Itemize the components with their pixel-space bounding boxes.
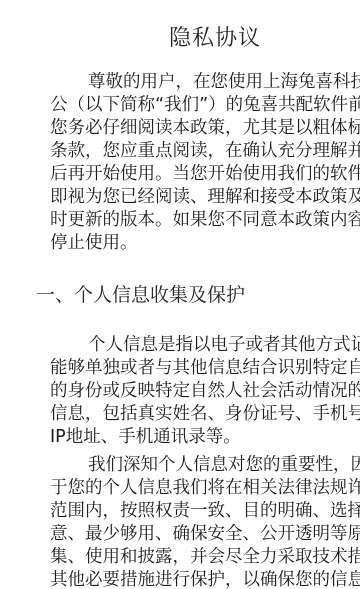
page-title: 隐私协议	[0, 24, 360, 54]
paragraph-line: 条款，您应重点阅读，在确认充分理解并同	[50, 140, 360, 163]
paragraph-line: 您务必仔细阅读本政策，尤其是以粗体标识	[50, 117, 360, 140]
paragraph-line: 的身份或反映特定自然人社会活动情况的各	[50, 380, 360, 403]
paragraph-line: 集、使用和披露，并会尽全力采取技术措施	[50, 546, 360, 569]
paragraph-line: 公（以下简称“我们”）的兔喜共配软件前，	[50, 94, 360, 117]
paragraph-line: 后再开始使用。当您开始使用我们的软件后	[50, 163, 360, 186]
paragraph-line: 停止使用。	[50, 232, 360, 255]
privacy-policy-page[interactable]: 隐私协议 尊敬的用户，在您使用上海兔喜科技有 公（以下简称“我们”）的兔喜共配软…	[0, 0, 360, 589]
intro-paragraph: 尊敬的用户，在您使用上海兔喜科技有 公（以下简称“我们”）的兔喜共配软件前， 您…	[50, 71, 360, 255]
paragraph-line: 于您的个人信息我们将在相关法律法规许可	[50, 477, 360, 500]
paragraph-line: 意、最少够用、确保安全、公开透明等原则	[50, 523, 360, 546]
paragraph-line: IP地址、手机通讯录等。	[50, 426, 360, 449]
personal-info-protection-paragraph: 我们深知个人信息对您的重要性，因此 于您的个人信息我们将在相关法律法规许可 范围…	[50, 454, 360, 589]
paragraph-line: 其他必要措施进行保护，以确保您的信息安	[50, 569, 360, 589]
paragraph-line: 我们深知个人信息对您的重要性，因此	[50, 454, 360, 477]
paragraph-line: 时更新的版本。如果您不同意本政策内容，	[50, 209, 360, 232]
paragraph-line: 能够单独或者与其他信息结合识别特定自然	[50, 357, 360, 380]
paragraph-line: 信息，包括真实姓名、身份证号、手机号码	[50, 403, 360, 426]
paragraph-line: 尊敬的用户，在您使用上海兔喜科技有	[50, 71, 360, 94]
personal-info-definition-paragraph: 个人信息是指以电子或者其他方式记录 能够单独或者与其他信息结合识别特定自然 的身…	[50, 334, 360, 449]
paragraph-line: 范围内，按照权责一致、目的明确、选择同	[50, 500, 360, 523]
paragraph-line: 即视为您已经阅读、理解和接受本政策及其	[50, 186, 360, 209]
section-heading: 一、个人信息收集及保护	[36, 282, 245, 308]
paragraph-line: 个人信息是指以电子或者其他方式记录	[50, 334, 360, 357]
